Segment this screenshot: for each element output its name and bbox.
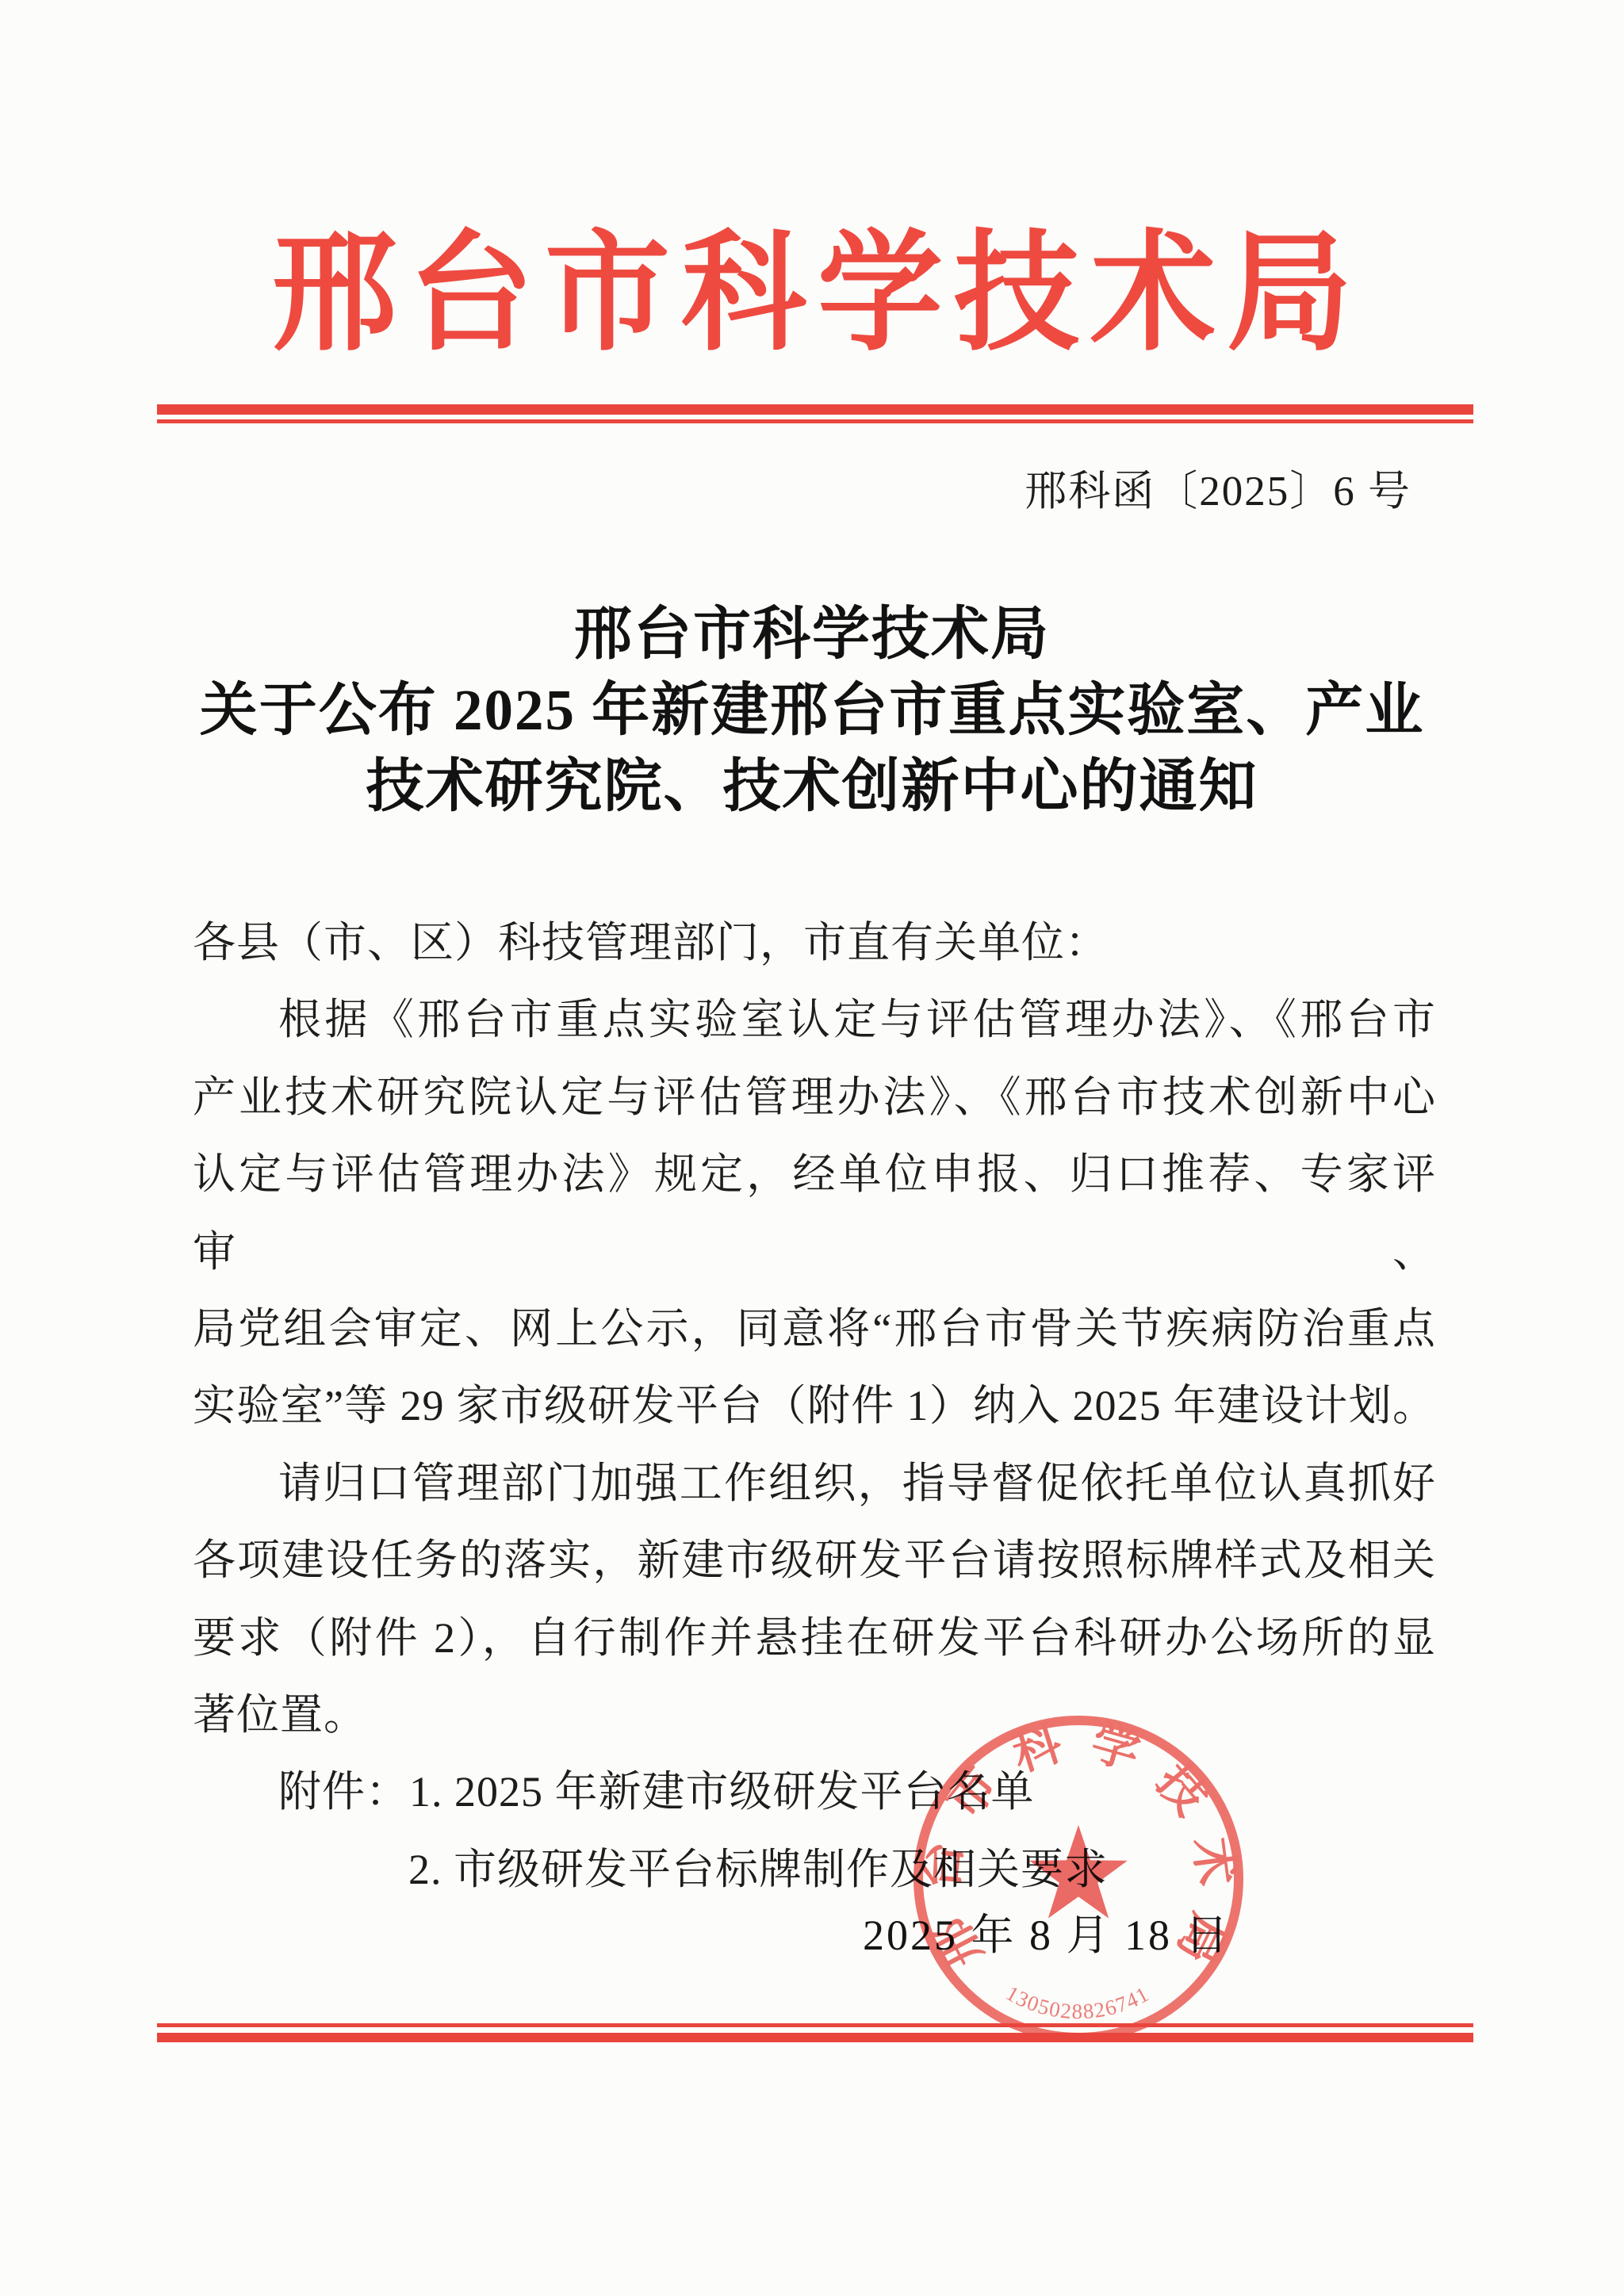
body-line: 要求（附件 2），自行制作并悬挂在研发平台科研办公场所的显 (193, 1600, 1436, 1677)
footer-rule-thin (157, 2023, 1473, 2027)
notice-title: 邢台市科学技术局 关于公布 2025 年新建邢台市重点实验室、产业 技术研究院、… (0, 596, 1624, 825)
document-number: 邢科函〔2025〕6 号 (1025, 466, 1411, 517)
agency-masthead: 邢台市科学技术局 (0, 224, 1624, 366)
seal-star-icon (1029, 1825, 1128, 1919)
notice-title-line-1: 邢台市科学技术局 (0, 596, 1624, 672)
body-line: 各项建设任务的落实，新建市级研发平台请按照标牌样式及相关 (193, 1522, 1436, 1599)
body-line: 认定与评估管理办法》规定，经单位申报、归口推荐、专家评审、 (193, 1136, 1436, 1291)
seal-code: 1305028826741 (1002, 1981, 1154, 2024)
official-seal: 邢台市科学技术局 1305028826741 (909, 1711, 1251, 2047)
body-line: 请归口管理部门加强工作组织，指导督促依托单位认真抓好 (193, 1445, 1436, 1522)
svg-text:1305028826741: 1305028826741 (1002, 1981, 1154, 2024)
header-rule-thick (157, 404, 1473, 415)
notice-title-line-2: 关于公布 2025 年新建邢台市重点实验室、产业 (0, 672, 1624, 748)
header-rule-thin (157, 419, 1473, 423)
body-line: 根据《邢台市重点实验室认定与评估管理办法》、《邢台市 (193, 982, 1436, 1058)
body-line: 实验室”等 29 家市级研发平台（附件 1）纳入 2025 年建设计划。 (193, 1368, 1436, 1445)
body-line: 局党组会审定、网上公示，同意将“邢台市骨关节疾病防治重点 (193, 1291, 1436, 1368)
document-page: 邢台市科学技术局 邢科函〔2025〕6 号 邢台市科学技术局 关于公布 2025… (0, 0, 1624, 2296)
body-line: 产业技术研究院认定与评估管理办法》、《邢台市技术创新中心 (193, 1059, 1436, 1136)
footer-rule-thick (157, 2033, 1473, 2042)
notice-title-line-3: 技术研究院、技术创新中心的通知 (0, 748, 1624, 825)
salutation: 各县（市、区）科技管理部门，市直有关单位： (193, 905, 1436, 982)
